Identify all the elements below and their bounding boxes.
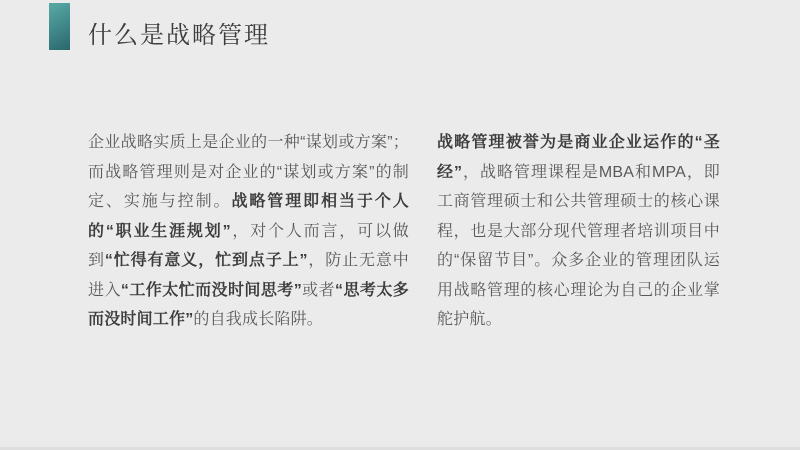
slide-title: 什么是战略管理 <box>88 15 270 50</box>
title-accent-bar <box>49 3 70 50</box>
emphasis-text: “忙得有意义，忙到点子上” <box>105 252 308 269</box>
body-text: 或者 <box>302 282 335 299</box>
body-column-right: 战略管理被誉为是商业企业运作的“圣经”，战略管理课程是MBA和MPA，即工商管理… <box>437 128 720 335</box>
body-text: ，战略管理课程是MBA和MPA，即工商管理硕士和公共管理硕士的核心课程，也是大部… <box>437 164 720 329</box>
body-column-left: 企业战略实质上是企业的一种“谋划或方案”；而战略管理则是对企业的“谋划或方案”的… <box>88 128 409 335</box>
emphasis-text: “工作太忙而没时间思考” <box>121 282 302 299</box>
body-text: 的自我成长陷阱。 <box>193 311 323 328</box>
slide-canvas: 什么是战略管理 企业战略实质上是企业的一种“谋划或方案”；而战略管理则是对企业的… <box>0 0 800 450</box>
